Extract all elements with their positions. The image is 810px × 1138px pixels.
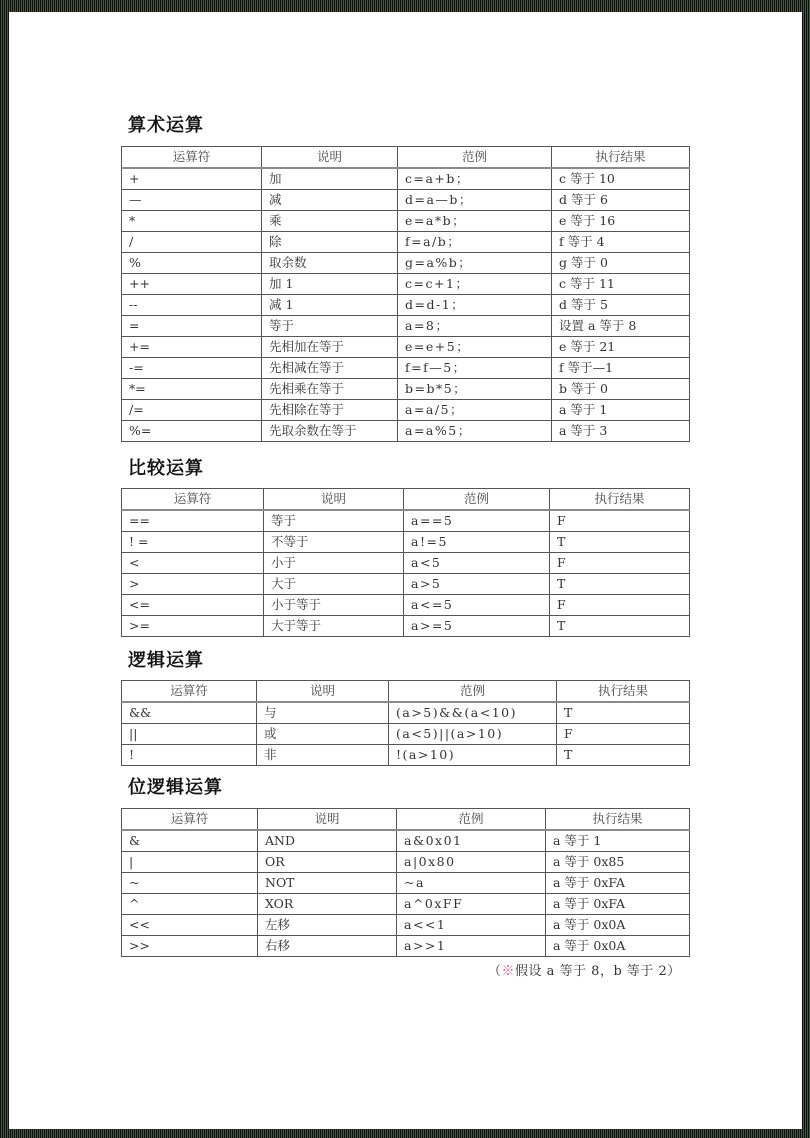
result-cell: F bbox=[550, 510, 690, 532]
description-cell: 加 1 bbox=[262, 274, 398, 295]
bitwise-body: &ANDa&0x01a 等于 1|ORa|0x80a 等于 0x85~NOT~a… bbox=[122, 830, 690, 957]
example-cell: a>=5 bbox=[404, 616, 550, 637]
table-row: —减d=a—b；d 等于 6 bbox=[122, 190, 690, 211]
table-row: %取余数g=a%b；g 等于 0 bbox=[122, 253, 690, 274]
reference-mark-icon: ※ bbox=[502, 964, 516, 979]
result-cell: e 等于 16 bbox=[552, 211, 690, 232]
description-cell: 小于 bbox=[264, 553, 404, 574]
result-cell: g 等于 0 bbox=[552, 253, 690, 274]
comparison-table: 运算符 说明 范例 执行结果 ==等于a==5F! =不等于a!=5T<小于a<… bbox=[121, 488, 690, 637]
example-cell: d=d-1； bbox=[398, 295, 552, 316]
example-cell: d=a—b； bbox=[398, 190, 552, 211]
table-row: |ORa|0x80a 等于 0x85 bbox=[122, 852, 690, 873]
example-cell: a!=5 bbox=[404, 532, 550, 553]
description-cell: 与 bbox=[257, 702, 389, 724]
table-row: >>右移a>>1a 等于 0x0A bbox=[122, 936, 690, 957]
table-row: =等于a=8；设置 a 等于 8 bbox=[122, 316, 690, 337]
description-cell: 大于 bbox=[264, 574, 404, 595]
table-row: ! =不等于a!=5T bbox=[122, 532, 690, 553]
description-cell: 右移 bbox=[258, 936, 397, 957]
table-row: ||或(a<5)||(a>10)F bbox=[122, 724, 690, 745]
header-result: 执行结果 bbox=[546, 809, 690, 831]
description-cell: 减 bbox=[262, 190, 398, 211]
table-row: <<左移a<<1a 等于 0x0A bbox=[122, 915, 690, 936]
operator-cell: * bbox=[122, 211, 262, 232]
header-result: 执行结果 bbox=[550, 489, 690, 511]
example-cell: a|0x80 bbox=[397, 852, 546, 873]
table-header-row: 运算符 说明 范例 执行结果 bbox=[122, 147, 690, 169]
operator-cell: >= bbox=[122, 616, 264, 637]
example-cell: a==5 bbox=[404, 510, 550, 532]
example-cell: c=a+b； bbox=[398, 168, 552, 190]
description-cell: 不等于 bbox=[264, 532, 404, 553]
description-cell: 先相减在等于 bbox=[262, 358, 398, 379]
example-cell: f=f—5； bbox=[398, 358, 552, 379]
operator-cell: ! bbox=[122, 745, 257, 766]
result-cell: e 等于 21 bbox=[552, 337, 690, 358]
example-cell: (a>5)&&(a<10) bbox=[389, 702, 557, 724]
table-row: >=大于等于a>=5T bbox=[122, 616, 690, 637]
table-row: &&与(a>5)&&(a<10)T bbox=[122, 702, 690, 724]
table-row: *乘e=a*b；e 等于 16 bbox=[122, 211, 690, 232]
header-description: 说明 bbox=[257, 681, 389, 703]
result-cell: a 等于 1 bbox=[546, 830, 690, 852]
result-cell: a 等于 0xFA bbox=[546, 873, 690, 894]
operator-cell: && bbox=[122, 702, 257, 724]
description-cell: 等于 bbox=[264, 510, 404, 532]
description-cell: 或 bbox=[257, 724, 389, 745]
result-cell: a 等于 0x85 bbox=[546, 852, 690, 873]
description-cell: NOT bbox=[258, 873, 397, 894]
table-row: ==等于a==5F bbox=[122, 510, 690, 532]
example-cell: a=8； bbox=[398, 316, 552, 337]
operator-cell: <= bbox=[122, 595, 264, 616]
description-cell: 小于等于 bbox=[264, 595, 404, 616]
example-cell: a>5 bbox=[404, 574, 550, 595]
table-row: ++加 1c=c+1；c 等于 11 bbox=[122, 274, 690, 295]
description-cell: 加 bbox=[262, 168, 398, 190]
table-row: >大于a>5T bbox=[122, 574, 690, 595]
operator-cell: -- bbox=[122, 295, 262, 316]
example-cell: a=a%5； bbox=[398, 421, 552, 442]
example-cell: g=a%b； bbox=[398, 253, 552, 274]
result-cell: a 等于 0x0A bbox=[546, 915, 690, 936]
operator-cell: << bbox=[122, 915, 258, 936]
arithmetic-body: +加c=a+b；c 等于 10—减d=a—b；d 等于 6*乘e=a*b；e 等… bbox=[122, 168, 690, 442]
result-cell: T bbox=[557, 702, 690, 724]
table-row: *=先相乘在等于b=b*5；b 等于 0 bbox=[122, 379, 690, 400]
header-description: 说明 bbox=[262, 147, 398, 169]
result-cell: T bbox=[550, 616, 690, 637]
section-title-arithmetic: 算术运算 bbox=[128, 115, 204, 137]
description-cell: 先取余数在等于 bbox=[262, 421, 398, 442]
header-example: 范例 bbox=[404, 489, 550, 511]
table-row: /=先相除在等于a=a/5；a 等于 1 bbox=[122, 400, 690, 421]
description-cell: XOR bbox=[258, 894, 397, 915]
example-cell: a<5 bbox=[404, 553, 550, 574]
note-text: 假设 a 等于 8，b 等于 2） bbox=[515, 964, 681, 979]
operator-cell: == bbox=[122, 510, 264, 532]
header-example: 范例 bbox=[398, 147, 552, 169]
table-header-row: 运算符 说明 范例 执行结果 bbox=[122, 681, 690, 703]
result-cell: d 等于 5 bbox=[552, 295, 690, 316]
section-title-comparison: 比较运算 bbox=[128, 458, 204, 480]
result-cell: f 等于 4 bbox=[552, 232, 690, 253]
result-cell: c 等于 11 bbox=[552, 274, 690, 295]
table-header-row: 运算符 说明 范例 执行结果 bbox=[122, 489, 690, 511]
result-cell: f 等于—1 bbox=[552, 358, 690, 379]
result-cell: T bbox=[550, 532, 690, 553]
example-cell: a<<1 bbox=[397, 915, 546, 936]
note-open-paren: （ bbox=[488, 964, 502, 979]
operator-cell: — bbox=[122, 190, 262, 211]
operator-cell: ! = bbox=[122, 532, 264, 553]
result-cell: T bbox=[550, 574, 690, 595]
description-cell: 左移 bbox=[258, 915, 397, 936]
table-row: <小于a<5F bbox=[122, 553, 690, 574]
operator-cell: % bbox=[122, 253, 262, 274]
description-cell: 除 bbox=[262, 232, 398, 253]
operator-cell: + bbox=[122, 168, 262, 190]
table-row: <=小于等于a<=5F bbox=[122, 595, 690, 616]
result-cell: c 等于 10 bbox=[552, 168, 690, 190]
result-cell: F bbox=[550, 553, 690, 574]
operator-cell: *= bbox=[122, 379, 262, 400]
table-row: ^XORa^0xFFa 等于 0xFA bbox=[122, 894, 690, 915]
description-cell: 取余数 bbox=[262, 253, 398, 274]
operator-cell: += bbox=[122, 337, 262, 358]
example-cell: e=e+5； bbox=[398, 337, 552, 358]
header-operator: 运算符 bbox=[122, 147, 262, 169]
header-operator: 运算符 bbox=[122, 681, 257, 703]
operator-cell: ~ bbox=[122, 873, 258, 894]
table-row: --减 1d=d-1；d 等于 5 bbox=[122, 295, 690, 316]
example-cell: a>>1 bbox=[397, 936, 546, 957]
operator-cell: > bbox=[122, 574, 264, 595]
example-cell: a<=5 bbox=[404, 595, 550, 616]
section-title-bitwise: 位逻辑运算 bbox=[128, 777, 223, 799]
result-cell: 设置 a 等于 8 bbox=[552, 316, 690, 337]
operator-cell: || bbox=[122, 724, 257, 745]
example-cell: e=a*b； bbox=[398, 211, 552, 232]
header-result: 执行结果 bbox=[552, 147, 690, 169]
result-cell: d 等于 6 bbox=[552, 190, 690, 211]
header-description: 说明 bbox=[264, 489, 404, 511]
header-example: 范例 bbox=[389, 681, 557, 703]
description-cell: 大于等于 bbox=[264, 616, 404, 637]
table-header-row: 运算符 说明 范例 执行结果 bbox=[122, 809, 690, 831]
operator-cell: >> bbox=[122, 936, 258, 957]
description-cell: 非 bbox=[257, 745, 389, 766]
operator-cell: / bbox=[122, 232, 262, 253]
operator-cell: -= bbox=[122, 358, 262, 379]
example-cell: a&0x01 bbox=[397, 830, 546, 852]
header-operator: 运算符 bbox=[122, 489, 264, 511]
result-cell: a 等于 1 bbox=[552, 400, 690, 421]
description-cell: 先相除在等于 bbox=[262, 400, 398, 421]
example-cell: b=b*5； bbox=[398, 379, 552, 400]
bitwise-table: 运算符 说明 范例 执行结果 &ANDa&0x01a 等于 1|ORa|0x80… bbox=[121, 808, 690, 957]
result-cell: F bbox=[557, 724, 690, 745]
section-title-logic: 逻辑运算 bbox=[128, 650, 204, 672]
table-row: +加c=a+b；c 等于 10 bbox=[122, 168, 690, 190]
example-cell: f=a/b； bbox=[398, 232, 552, 253]
table-row: -=先相减在等于f=f—5；f 等于—1 bbox=[122, 358, 690, 379]
description-cell: 先相乘在等于 bbox=[262, 379, 398, 400]
description-cell: 先相加在等于 bbox=[262, 337, 398, 358]
logic-body: &&与(a>5)&&(a<10)T||或(a<5)||(a>10)F!非!(a>… bbox=[122, 702, 690, 766]
example-cell: a=a/5； bbox=[398, 400, 552, 421]
example-cell: ~a bbox=[397, 873, 546, 894]
operator-cell: ++ bbox=[122, 274, 262, 295]
result-cell: a 等于 3 bbox=[552, 421, 690, 442]
result-cell: T bbox=[557, 745, 690, 766]
header-description: 说明 bbox=[258, 809, 397, 831]
table-row: %=先取余数在等于a=a%5；a 等于 3 bbox=[122, 421, 690, 442]
table-row: +=先相加在等于e=e+5；e 等于 21 bbox=[122, 337, 690, 358]
result-cell: b 等于 0 bbox=[552, 379, 690, 400]
logic-table: 运算符 说明 范例 执行结果 &&与(a>5)&&(a<10)T||或(a<5)… bbox=[121, 680, 690, 766]
operator-cell: < bbox=[122, 553, 264, 574]
description-cell: 等于 bbox=[262, 316, 398, 337]
result-cell: a 等于 0xFA bbox=[546, 894, 690, 915]
header-result: 执行结果 bbox=[557, 681, 690, 703]
example-cell: (a<5)||(a>10) bbox=[389, 724, 557, 745]
description-cell: 减 1 bbox=[262, 295, 398, 316]
table-row: &ANDa&0x01a 等于 1 bbox=[122, 830, 690, 852]
arithmetic-table: 运算符 说明 范例 执行结果 +加c=a+b；c 等于 10—减d=a—b；d … bbox=[121, 146, 690, 442]
description-cell: 乘 bbox=[262, 211, 398, 232]
operator-cell: /= bbox=[122, 400, 262, 421]
comparison-body: ==等于a==5F! =不等于a!=5T<小于a<5F>大于a>5T<=小于等于… bbox=[122, 510, 690, 637]
assumption-note: （※假设 a 等于 8，b 等于 2） bbox=[488, 960, 681, 979]
description-cell: AND bbox=[258, 830, 397, 852]
header-operator: 运算符 bbox=[122, 809, 258, 831]
operator-cell: = bbox=[122, 316, 262, 337]
table-row: ~NOT~aa 等于 0xFA bbox=[122, 873, 690, 894]
operator-cell: & bbox=[122, 830, 258, 852]
operator-cell: %= bbox=[122, 421, 262, 442]
operator-cell: | bbox=[122, 852, 258, 873]
table-row: !非!(a>10)T bbox=[122, 745, 690, 766]
example-cell: c=c+1； bbox=[398, 274, 552, 295]
table-row: /除f=a/b；f 等于 4 bbox=[122, 232, 690, 253]
operator-cell: ^ bbox=[122, 894, 258, 915]
example-cell: a^0xFF bbox=[397, 894, 546, 915]
result-cell: F bbox=[550, 595, 690, 616]
header-example: 范例 bbox=[397, 809, 546, 831]
example-cell: !(a>10) bbox=[389, 745, 557, 766]
result-cell: a 等于 0x0A bbox=[546, 936, 690, 957]
description-cell: OR bbox=[258, 852, 397, 873]
